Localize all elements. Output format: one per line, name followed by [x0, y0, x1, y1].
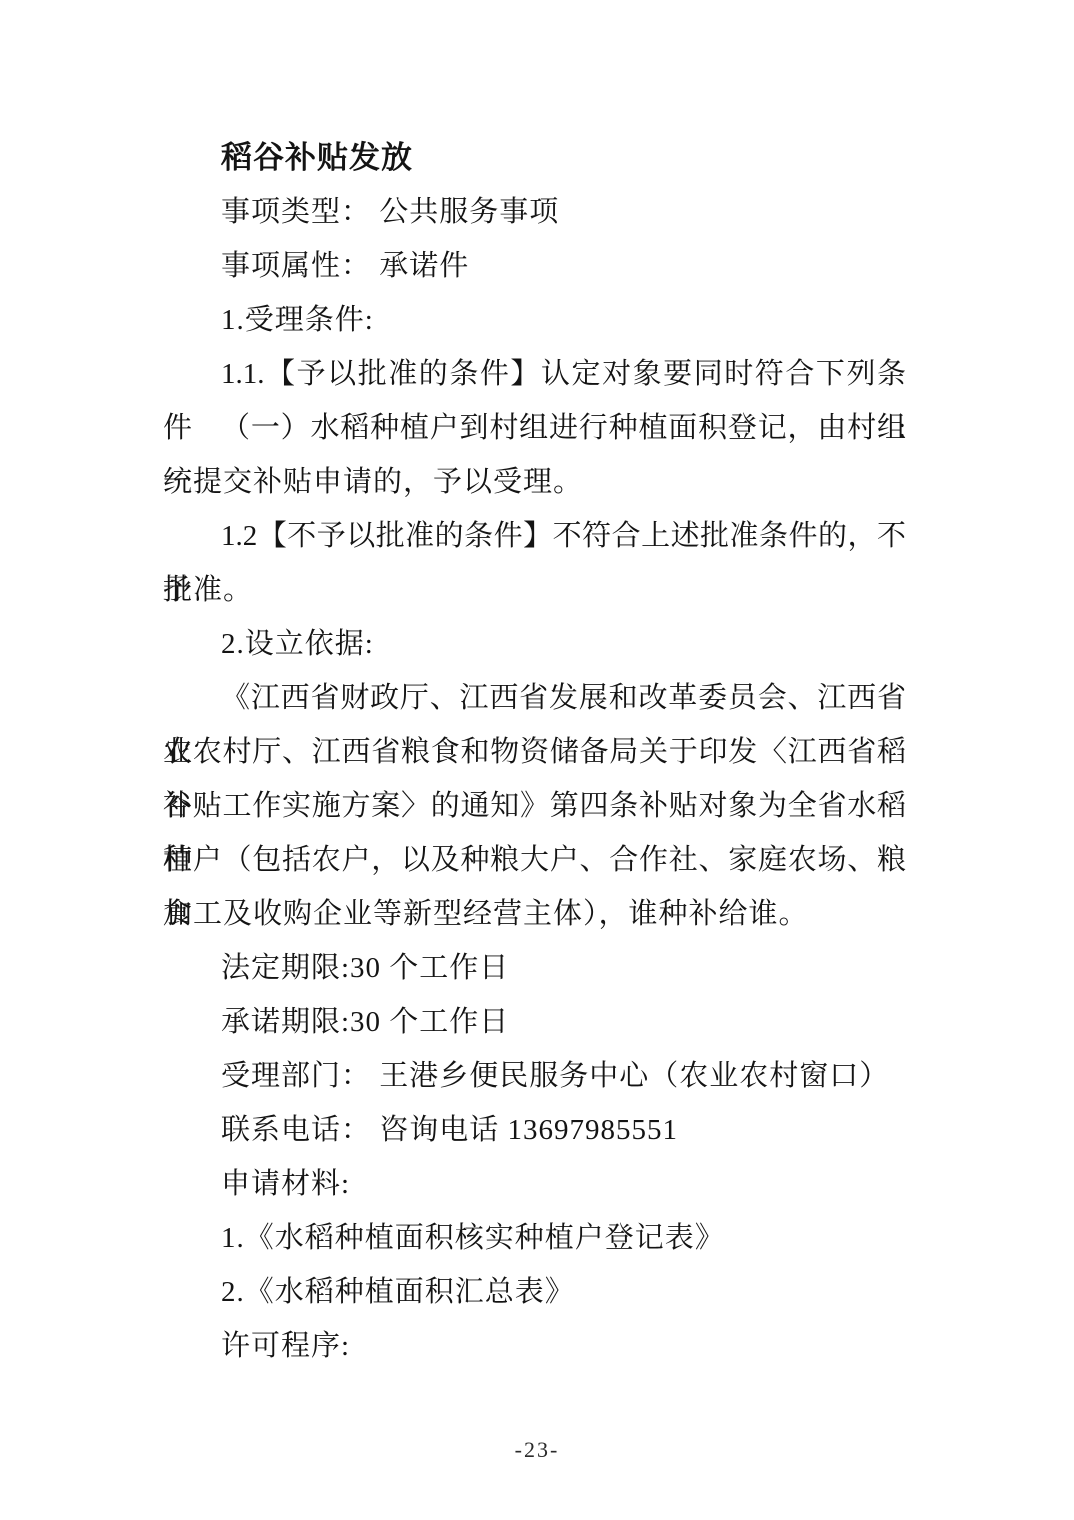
text-line: 1.受理条件:: [163, 293, 906, 347]
text-line: 《江西省财政厅、江西省发展和改革委员会、江西省农: [163, 671, 906, 725]
document-body: 稻谷补贴发放事项类型： 公共服务事项事项属性： 承诺件1.受理条件:1.1.【予…: [163, 131, 906, 1373]
text-line: 1.《水稻种植面积核实种植户登记表》: [163, 1211, 906, 1265]
text-line: 补贴工作实施方案〉的通知》第四条补贴对象为全省水稻种: [163, 779, 906, 833]
text-line: 受理部门： 王港乡便民服务中心（农业农村窗口）: [163, 1049, 906, 1103]
document-page: 稻谷补贴发放事项类型： 公共服务事项事项属性： 承诺件1.受理条件:1.1.【予…: [0, 0, 1074, 1520]
text-line: 承诺期限:30 个工作日: [163, 995, 906, 1049]
text-line: 一提交补贴申请的，予以受理。: [163, 455, 906, 509]
text-line: 批准。: [163, 563, 906, 617]
text-line: 联系电话： 咨询电话 13697985551: [163, 1103, 906, 1157]
text-line: 事项类型： 公共服务事项: [163, 185, 906, 239]
document-title: 稻谷补贴发放: [163, 131, 906, 185]
text-line: 法定期限:30 个工作日: [163, 941, 906, 995]
text-line: 1.2【不予以批准的条件】不符合上述批准条件的，不予: [163, 509, 906, 563]
text-line: 2.《水稻种植面积汇总表》: [163, 1265, 906, 1319]
text-line: 许可程序:: [163, 1319, 906, 1373]
text-line: 事项属性： 承诺件: [163, 239, 906, 293]
text-line: 加工及收购企业等新型经营主体），谁种补给谁。: [163, 887, 906, 941]
text-line: （一）水稻种植户到村组进行种植面积登记，由村组统: [163, 401, 906, 455]
text-line: 1.1.【予以批准的条件】认定对象要同时符合下列条件:: [163, 347, 906, 401]
text-line: 2.设立依据:: [163, 617, 906, 671]
page-number: -23-: [0, 1437, 1074, 1463]
text-line: 申请材料:: [163, 1157, 906, 1211]
text-line: 业农村厅、江西省粮食和物资储备局关于印发〈江西省稻谷: [163, 725, 906, 779]
text-line: 植户（包括农户，以及种粮大户、合作社、家庭农场、粮食: [163, 833, 906, 887]
